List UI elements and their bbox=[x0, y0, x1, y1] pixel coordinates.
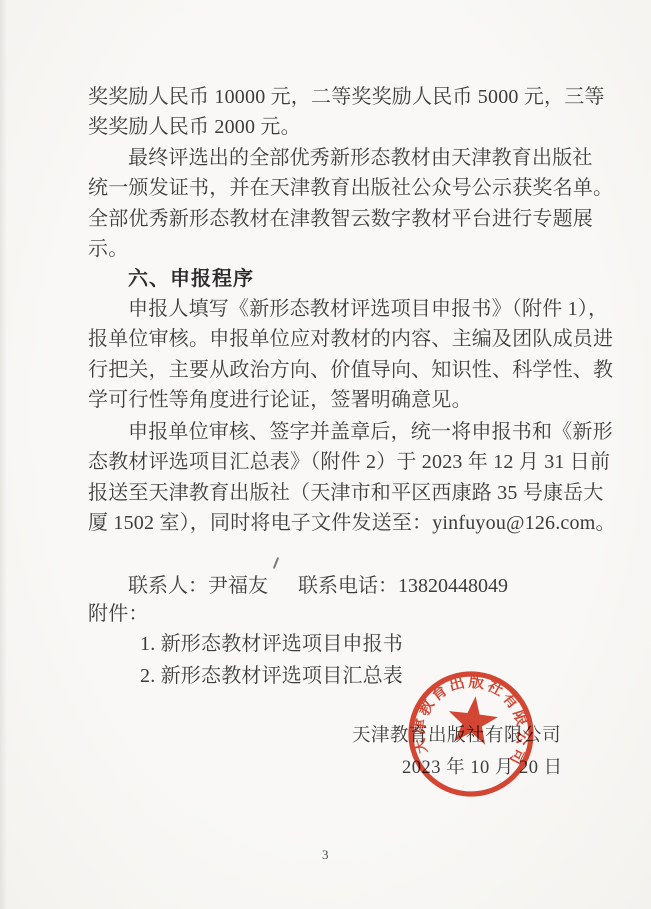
text-line: 厦 1502 室），同时将电子文件发送至：yinfuyou@126.com。 bbox=[88, 508, 580, 538]
paragraph-submit: 申报单位审核、签字并盖章后，统一将申报书和《新形 态教材评选项目汇总表》（附件 … bbox=[88, 417, 580, 539]
page-number: 3 bbox=[322, 847, 329, 863]
section-heading: 六、申报程序 bbox=[128, 262, 254, 291]
text-line: 奖奖励人民币 2000 元。 bbox=[88, 112, 580, 142]
official-seal: 天津教育出版社有限公司 bbox=[397, 660, 544, 807]
text-line: 报单位审核。申报单位应对教材的内容、主编及团队成员进 bbox=[88, 324, 580, 354]
text-line: 奖奖励人民币 10000 元，二等奖奖励人民币 5000 元，三等 bbox=[88, 82, 580, 112]
text-line: 申报人填写《新形态教材评选项目申报书》（附件 1）， bbox=[88, 294, 580, 324]
text-line: 示。 bbox=[88, 234, 580, 264]
text-line: 最终评选出的全部优秀新形态教材由天津教育出版社 bbox=[88, 143, 580, 173]
contact-person: 联系人：尹福友 bbox=[128, 575, 268, 597]
attachments-label: 附件： bbox=[88, 599, 580, 629]
text-line: 报送至天津教育出版社（天津市和平区西康路 35 号康岳大 bbox=[88, 478, 580, 508]
text-line: 全部优秀新形态教材在津教智云数字教材平台进行专题展 bbox=[88, 204, 580, 234]
attachment-item: 1. 新形态教材评选项目申报书 bbox=[88, 629, 580, 659]
document-page: 奖奖励人民币 10000 元，二等奖奖励人民币 5000 元，三等 奖奖励人民币… bbox=[0, 0, 651, 909]
ink-mark bbox=[273, 557, 279, 569]
text-line: 行把关，主要从政治方向、价值导向、知识性、科学性、教 bbox=[88, 355, 580, 385]
paragraph-apply: 申报人填写《新形态教材评选项目申报书》（附件 1）， 报单位审核。申报单位应对教… bbox=[88, 294, 580, 416]
text-line: 学可行性等角度进行论证，签署明确意见。 bbox=[88, 385, 580, 415]
star-icon bbox=[445, 693, 500, 746]
contact-line: 联系人：尹福友联系电话：13820448049 bbox=[128, 569, 508, 598]
text-line: 态教材评选项目汇总表》（附件 2）于 2023 年 12 月 31 日前 bbox=[88, 447, 580, 477]
text-line: 统一颁发证书，并在天津教育出版社公众号公示获奖名单。 bbox=[88, 173, 580, 203]
contact-phone: 联系电话：13820448049 bbox=[298, 575, 508, 597]
text-line: 申报单位审核、签字并盖章后，统一将申报书和《新形 bbox=[88, 417, 580, 447]
paragraph-awards: 奖奖励人民币 10000 元，二等奖奖励人民币 5000 元，三等 奖奖励人民币… bbox=[88, 82, 580, 264]
